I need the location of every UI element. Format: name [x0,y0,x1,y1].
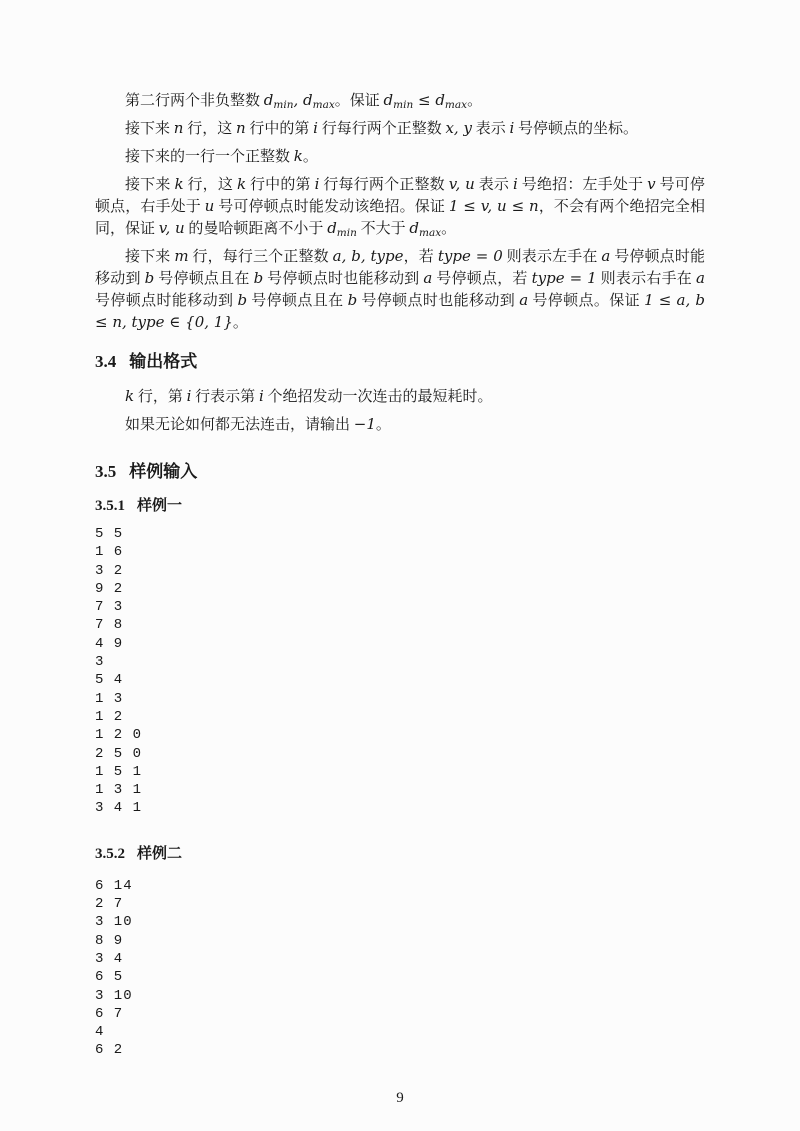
section-title: 样例一 [137,498,182,514]
par-output-lines: k 行，第 i 行表示第 i 个绝招发动一次连击的最短耗时。 [95,386,705,408]
body-text: 行，每行三个正整数 [189,249,333,265]
code-line: 2 5 0 [95,745,705,763]
math-text: min [273,99,293,111]
math-text: a, b, type [333,247,404,265]
math-text: d [327,219,337,237]
code-line: 1 6 [95,543,705,561]
document-page: 第二行两个非负整数 dmin, dmax。保证 dmin ≤ dmax。 接下来… [0,0,800,1131]
body-text: 行，第 [134,389,187,405]
body-text: 。 [303,149,318,165]
body-text: 则表示右手在 [597,271,696,287]
body-text: 第二行两个非负整数 [125,93,264,109]
body-text: 的曼哈顿距离不小于 [185,221,328,237]
code-line: 3 [95,653,705,671]
code-line: 6 5 [95,968,705,986]
code-line: 6 14 [95,877,705,895]
math-text: k [125,387,134,405]
body-text: 号停顿点，若 [432,271,531,287]
body-text: 个绝招发动一次连击的最短耗时。 [264,389,493,405]
section-title: 样例二 [137,846,182,862]
heading-sample-one: 3.5.1样例一 [95,496,705,517]
body-text: 。保证 [335,93,384,109]
body-text: 行中的第 [246,121,314,137]
code-line: 4 9 [95,635,705,653]
code-line: 1 2 0 [95,726,705,744]
code-line: 4 [95,1023,705,1041]
section-title: 输出格式 [129,352,197,371]
code-line: 1 5 1 [95,763,705,781]
par-moves-k-lines: 接下来 k 行，这 k 行中的第 i 行每行两个正整数 v, u 表示 i 号绝… [95,174,705,240]
math-text: type = 1 [532,269,597,287]
section-number: 3.5 [95,462,116,481]
sample-one-code-block: 5 51 63 29 27 37 84 935 41 31 21 2 02 5 … [95,525,705,818]
math-text: b [238,291,248,309]
math-text: a [423,269,432,287]
math-text: a [519,291,528,309]
body-text: 如果无论如何都无法连击，请输出 [125,417,354,433]
par-second-line-constraints: 第二行两个非负整数 dmin, dmax。保证 dmin ≤ dmax。 [95,90,705,112]
code-line: 3 2 [95,562,705,580]
heading-sample-two: 3.5.2样例二 [95,844,705,865]
math-text: max [419,227,441,239]
body-text: 。 [233,315,248,331]
code-line: 3 10 [95,913,705,931]
par-moves-m-lines: 接下来 m 行，每行三个正整数 a, b, type，若 type = 0 则表… [95,246,705,334]
math-text: 1 ≤ v, u ≤ n [449,197,539,215]
body-text: 号停顿点且在 [247,293,348,309]
math-text: k [174,175,183,193]
math-text: max [313,99,335,111]
body-text: 。 [441,221,456,237]
math-text: d [264,91,274,109]
code-line: 6 2 [95,1041,705,1059]
code-line: 1 2 [95,708,705,726]
body-text: ，若 [404,249,438,265]
par-stop-point-coords: 接下来 n 行，这 n 行中的第 i 行每行两个正整数 x, y 表示 i 号停… [95,118,705,140]
code-line: 9 2 [95,580,705,598]
body-text: 表示 [472,121,510,137]
body-text: 行，这 [183,121,236,137]
section-number: 3.5.1 [95,498,125,514]
math-text: min [393,99,413,111]
section-number: 3.4 [95,352,116,371]
code-line: 1 3 [95,690,705,708]
heading-output-format: 3.4输出格式 [95,350,705,374]
math-text: v, u [159,219,185,237]
page-number: 9 [95,1088,705,1108]
body-text: 接下来 [125,177,174,193]
body-text: 。 [467,93,482,109]
code-line: 8 9 [95,932,705,950]
code-line: 3 4 1 [95,799,705,817]
code-line: 2 7 [95,895,705,913]
math-text: b [254,269,264,287]
body-text: 号绝招：左手处于 [518,177,647,193]
body-text: 。 [376,417,391,433]
body-text: 行每行两个正整数 [319,177,448,193]
math-text: n [174,119,184,137]
body-text: 行中的第 [246,177,315,193]
body-text: 接下来 [125,121,174,137]
section-title: 样例输入 [129,462,197,481]
math-text: m [174,247,188,265]
math-text: , [293,91,303,109]
sample-two-code-block: 6 142 73 108 93 46 53 106 746 2 [95,877,705,1060]
body-text: 不大于 [357,221,410,237]
math-text: d [435,91,445,109]
math-text: −1 [354,415,376,433]
math-text: a [696,269,705,287]
par-k-line: 接下来的一行一个正整数 k。 [95,146,705,168]
body-text: 号停顿点时也能移动到 [263,271,423,287]
math-text: n [236,119,246,137]
code-line: 3 10 [95,987,705,1005]
body-text: 号停顿点时能移动到 [95,293,238,309]
code-line: 3 4 [95,950,705,968]
body-text: 号停顿点。保证 [528,293,644,309]
math-text: v, u [449,175,475,193]
page-content: 第二行两个非负整数 dmin, dmax。保证 dmin ≤ dmax。 接下来… [0,0,800,1108]
code-line: 5 4 [95,671,705,689]
body-text: 行，这 [184,177,237,193]
math-text: d [303,91,313,109]
math-text: k [294,147,303,165]
math-text: u [205,197,215,215]
body-text: 表示 [475,177,513,193]
math-text: b [348,291,358,309]
par-output-impossible: 如果无论如何都无法连击，请输出 −1。 [95,414,705,436]
code-line: 5 5 [95,525,705,543]
math-text: b [145,269,155,287]
code-line: 1 3 1 [95,781,705,799]
body-text: 接下来 [125,249,174,265]
input-format-body: 第二行两个非负整数 dmin, dmax。保证 dmin ≤ dmax。 接下来… [95,90,705,334]
code-line: 7 3 [95,598,705,616]
body-text: 号停顿点且在 [154,271,253,287]
heading-sample-input: 3.5样例输入 [95,460,705,484]
math-text: v [647,175,655,193]
math-text: d [384,91,394,109]
math-text: d [409,219,419,237]
body-text: 行表示第 [191,389,259,405]
output-format-body: k 行，第 i 行表示第 i 个绝招发动一次连击的最短耗时。 如果无论如何都无法… [95,386,705,436]
math-text: min [337,227,357,239]
section-number: 3.5.2 [95,846,125,862]
math-text: k [237,175,246,193]
body-text: 号停顿点时也能移动到 [357,293,519,309]
math-text: ≤ [413,91,435,109]
body-text: 行每行两个正整数 [318,121,446,137]
code-line: 7 8 [95,616,705,634]
math-text: x, y [445,119,471,137]
math-text: max [445,99,467,111]
body-text: 则表示左手在 [503,249,602,265]
body-text: 接下来的一行一个正整数 [125,149,294,165]
body-text: 号停顿点的坐标。 [514,121,638,137]
math-text: type = 0 [438,247,503,265]
code-line: 6 7 [95,1005,705,1023]
body-text: 号可停顿点时能发动该绝招。保证 [214,199,448,215]
